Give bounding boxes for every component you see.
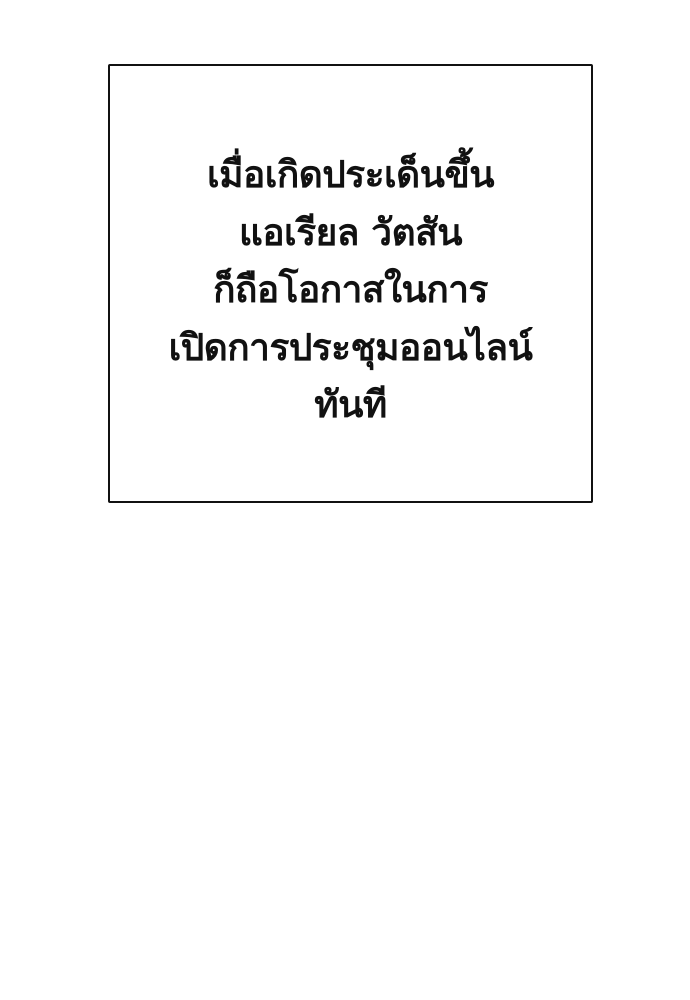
narration-line-3: ก็ถือโอกาสในการ bbox=[110, 261, 591, 319]
narration-line-2: แอเรียล วัตสัน bbox=[110, 204, 591, 262]
narration-box: เมื่อเกิดประเด็นขึ้น แอเรียล วัตสัน ก็ถื… bbox=[108, 64, 593, 503]
narration-text: เมื่อเกิดประเด็นขึ้น แอเรียล วัตสัน ก็ถื… bbox=[110, 146, 591, 434]
narration-line-5: ทันที bbox=[110, 376, 591, 434]
narration-line-4: เปิดการประชุมออนไลน์ bbox=[110, 319, 591, 377]
narration-line-1: เมื่อเกิดประเด็นขึ้น bbox=[110, 146, 591, 204]
